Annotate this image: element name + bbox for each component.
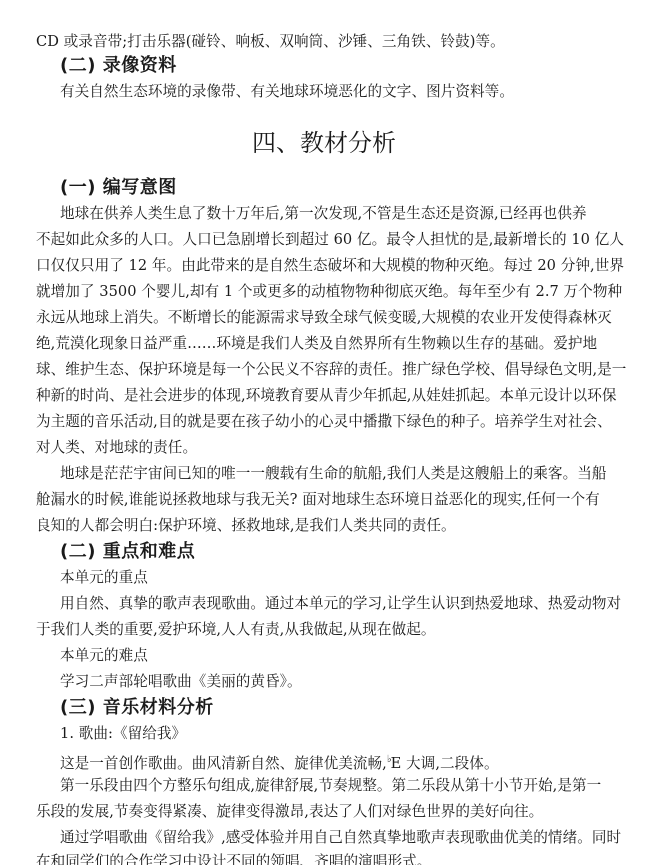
intent-para1-line: 为主题的音乐活动,目的就是要在孩子幼小的心灵中播撒下绿色的种子。培养学生对社会、 — [36, 412, 626, 432]
intent-para1-line: 就增加了 3500 个婴儿,却有 1 个或更多的动植物物种彻底灭绝。每年至少有 … — [36, 282, 626, 302]
focus-heading: (二) 重点和难点 — [60, 540, 195, 564]
song-intro-line: 这是一首创作歌曲。曲风清新自然、旋律优美流畅,♭E 大调,二段体。 — [60, 750, 648, 774]
chapter-title: 四、教材分析 — [0, 128, 648, 158]
intent-para1-line: 地球在供养人类生息了数十万年后,第一次发现,不管是生态还是资源,已经再也供养 — [60, 204, 648, 224]
intent-para1-line: 永远从地球上消失。不断增长的能源需求导致全球气候变暖,大规模的农业开发使得森林灭 — [36, 308, 626, 328]
difficulty-text: 学习二声部轮唱歌曲《美丽的黄昏》。 — [60, 672, 648, 692]
music-para2-line: 在和同学们的合作学习中设计不同的领唱、齐唱的演唱形式。 — [36, 852, 626, 865]
difficulty-label: 本单元的难点 — [60, 646, 648, 666]
key-point-line: 用自然、真挚的歌声表现歌曲。通过本单元的学习,让学生认识到热爱地球、热爱动物对 — [60, 594, 648, 614]
key-point-label: 本单元的重点 — [60, 568, 648, 588]
intent-para1-line: 不起如此众多的人口。人口已急剧增长到超过 60 亿。最令人担忧的是,最新增长的 … — [36, 230, 626, 250]
music-analysis-heading: (三) 音乐材料分析 — [60, 696, 214, 720]
intent-para2-line: 舱漏水的时候,谁能说拯救地球与我无关? 面对地球生态环境日益恶化的现实,任何一个… — [36, 490, 626, 510]
song-key-text: E 大调,二段体。 — [391, 755, 499, 772]
song-intro-text: 这是一首创作歌曲。曲风清新自然、旋律优美流畅, — [60, 755, 387, 772]
intent-para1-line: 种新的时尚、是社会进步的体现,环境教育要从青少年抓起,从娃娃抓起。本单元设计以环… — [36, 386, 626, 406]
intent-para1-line: 口仅仅只用了 12 年。由此带来的是自然生态破坏和大规模的物种灭绝。每过 20 … — [36, 256, 626, 276]
music-para2-line: 通过学唱歌曲《留给我》,感受体验并用自己自然真挚地歌声表现歌曲优美的情绪。同时 — [60, 828, 648, 848]
music-para1-line: 乐段的发展,节奏变得紧凑、旋律变得激昂,表达了人们对绿色世界的美好向往。 — [36, 802, 626, 822]
video-materials-heading: (二) 录像资料 — [60, 54, 177, 78]
music-para1-line: 第一乐段由四个方整乐句组成,旋律舒展,节奏规整。第二乐段从第十小节开始,是第一 — [60, 776, 648, 796]
intent-para1-line: 球、维护生态、保护环境是每一个公民义不容辞的责任。推广绿色学校、倡导绿色文明,是… — [36, 360, 626, 380]
continued-materials-line: CD 或录音带;打击乐器(碰铃、响板、双响筒、沙锤、三角铁、铃鼓)等。 — [36, 32, 626, 52]
intent-para2-line: 良知的人都会明白:保护环境、拯救地球,是我们人类共同的责任。 — [36, 516, 626, 536]
key-point-line: 于我们人类的重要,爱护环境,人人有责,从我做起,从现在做起。 — [36, 620, 626, 640]
intent-para1-line: 对人类、对地球的责任。 — [36, 438, 626, 458]
intent-heading: (一) 编写意图 — [60, 176, 177, 200]
intent-para1-line: 绝,荒漠化现象日益严重……环境是我们人类及自然界所有生物赖以生存的基础。爱护地 — [36, 334, 626, 354]
document-page: CD 或录音带;打击乐器(碰铃、响板、双响筒、沙锤、三角铁、铃鼓)等。 (二) … — [0, 0, 648, 865]
intent-para2-line: 地球是茫茫宇宙间已知的唯一一艘载有生命的航船,我们人类是这艘船上的乘客。当船 — [60, 464, 648, 484]
video-materials-text: 有关自然生态环境的录像带、有关地球环境恶化的文字、图片资料等。 — [60, 82, 648, 102]
song-title-item: 1. 歌曲:《留给我》 — [60, 724, 648, 744]
